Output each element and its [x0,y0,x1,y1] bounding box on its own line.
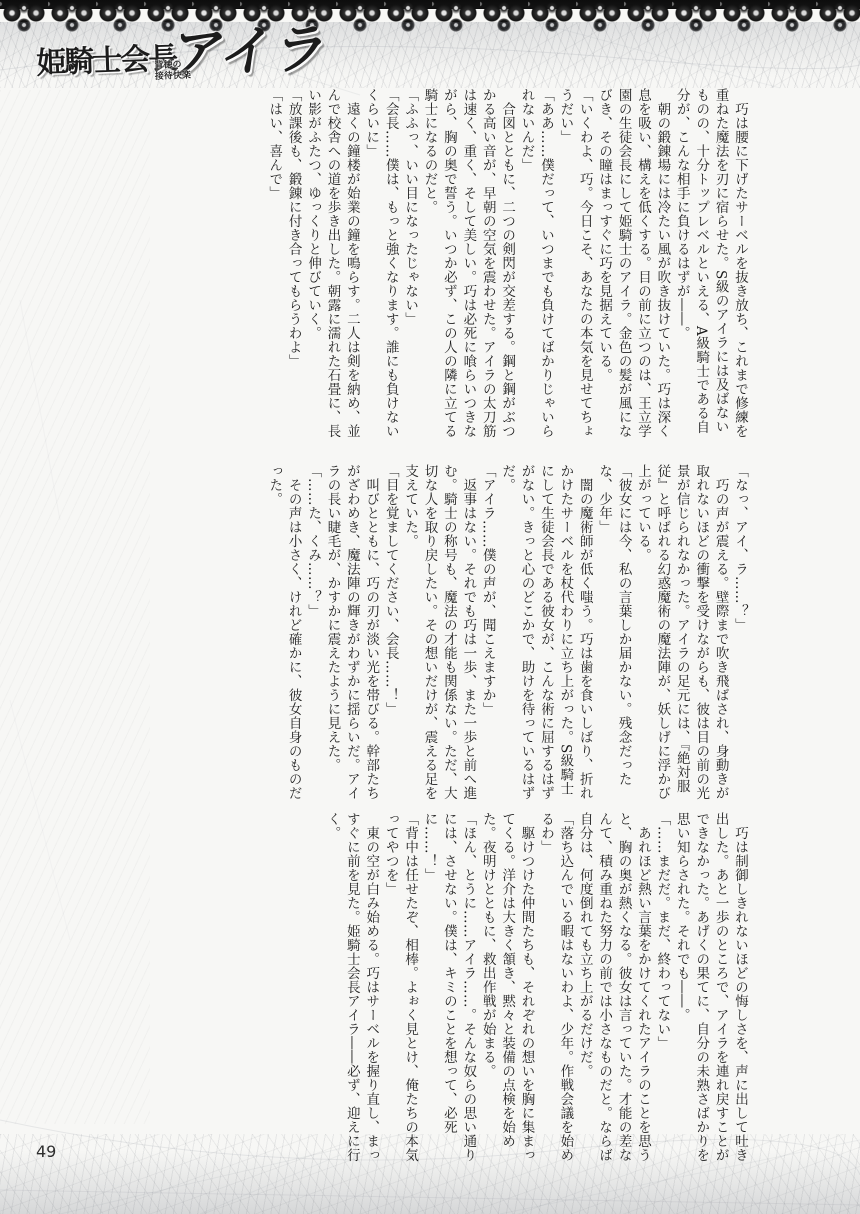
series-logo: 姫騎士会長アイラ 背徳の 接待快楽 [35,17,330,82]
text-band-3: 巧は制御しきれないほどの悔しさを、声に出して吐き出した。あと一歩のところで、アイ… [55,812,749,1162]
series-logo-subtitle-line2: 接待快楽 [155,71,191,83]
text-band-1: 巧は腰に下げたサーベルを抜き放ち、これまで修練を重ねた魔法を刃に宿らせた。S級の… [55,88,749,442]
text-band-2: 「なっ、アイ、ラ……？」 巧の声が震える。壁際まで吹き飛ばされ、身動きが取れない… [55,464,749,800]
series-logo-subtitle: 背徳の 接待快楽 [154,60,191,83]
series-logo-title-emphasis: アイラ [168,21,333,81]
novel-page: 姫騎士会長アイラ 背徳の 接待快楽 巧は腰に下げたサーベルを抜き放ち、これまで修… [0,0,860,1214]
page-number: 49 [36,1142,56,1161]
